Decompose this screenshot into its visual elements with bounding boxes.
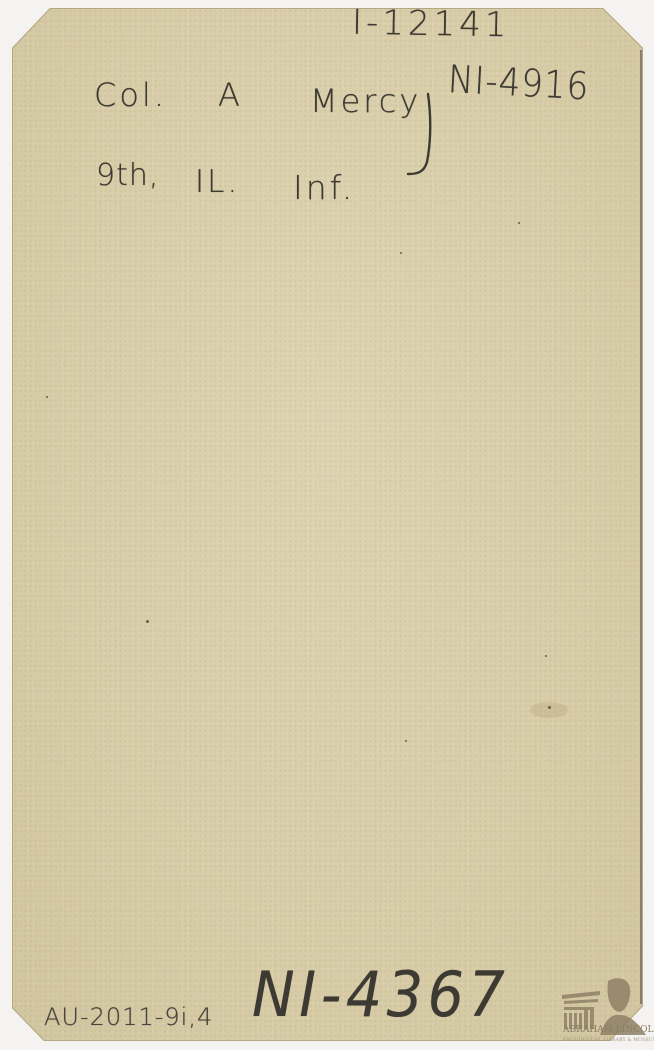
subject-rank: Col. bbox=[94, 76, 167, 114]
inventory-number: I-12141 bbox=[352, 3, 511, 46]
bracket-stroke bbox=[400, 92, 440, 182]
speck bbox=[405, 740, 407, 742]
speck bbox=[46, 396, 48, 398]
speck bbox=[146, 620, 149, 623]
subject-initial: A bbox=[218, 76, 242, 114]
regiment-branch: Inf. bbox=[293, 168, 355, 207]
regiment-state: IL. bbox=[195, 164, 240, 200]
regiment-number: 9th, bbox=[96, 158, 159, 193]
accession-number: AU-2011-9i,4 bbox=[44, 1003, 213, 1031]
stain-mark bbox=[530, 702, 568, 718]
speck bbox=[400, 252, 402, 254]
watermark-name: ABRAHAM LINCOLN bbox=[563, 1025, 654, 1035]
speck bbox=[518, 222, 520, 224]
speck bbox=[545, 655, 547, 657]
speck bbox=[548, 706, 551, 709]
watermark-subtitle: PRESIDENTIAL LIBRARY & MUSEUM bbox=[563, 1038, 654, 1043]
catalog-number-top: NI-4916 bbox=[447, 57, 590, 108]
catalog-number-bottom: NI-4367 bbox=[252, 958, 509, 1031]
